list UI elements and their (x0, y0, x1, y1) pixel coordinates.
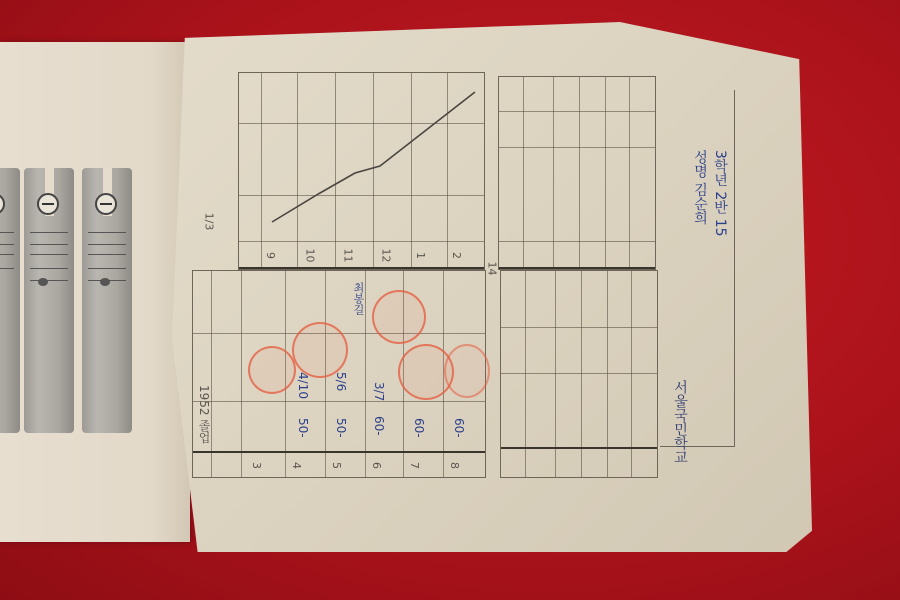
column-number: 4 (290, 462, 303, 469)
column-number: 1 (414, 252, 427, 259)
column-number: 6 (370, 462, 383, 469)
row-label: 1952 졸업 (196, 385, 213, 443)
key-illustration (24, 168, 74, 433)
school-name: 서울국민학교 (670, 380, 690, 464)
column-number: 3 (250, 462, 263, 469)
column-number: 8 (448, 462, 461, 469)
red-seal-stamp (292, 322, 348, 378)
column-number: 11 (342, 249, 355, 263)
screw-icon (95, 193, 117, 215)
left-booklet-page (0, 42, 190, 542)
class-number-annotation: 3학년 2반 15 (710, 150, 730, 237)
entry: 60- (372, 416, 386, 436)
entry: 60- (412, 418, 426, 438)
signature: 최봉길 (350, 282, 366, 315)
column-number: 9 (264, 252, 277, 259)
student-name-annotation: 성명 김순희 (690, 150, 710, 224)
red-seal-stamp (444, 344, 490, 398)
column-number: 12 (380, 249, 393, 263)
key-illustration (82, 168, 132, 433)
screw-icon (37, 193, 59, 215)
column-number: 2 (450, 252, 463, 259)
column-number: 10 (304, 249, 317, 263)
red-seal-stamp (248, 346, 296, 394)
entry: 4/10 (296, 372, 310, 399)
entry: 5/6 (334, 372, 348, 391)
entry: 60- (452, 418, 466, 438)
key-illustration (0, 168, 20, 433)
side-label: 14 (486, 262, 499, 276)
upper-right-table (498, 76, 656, 270)
red-seal-stamp (372, 290, 426, 344)
header-label: 1/3 (202, 213, 215, 231)
column-number: 7 (408, 462, 421, 469)
entry: 50- (334, 418, 348, 438)
lower-right-table (500, 270, 658, 478)
column-number: 5 (330, 462, 343, 469)
entry: 3/7 (372, 382, 386, 401)
entry: 50- (296, 418, 310, 438)
pencil-progress-line (260, 88, 480, 228)
screw-icon (0, 193, 5, 215)
